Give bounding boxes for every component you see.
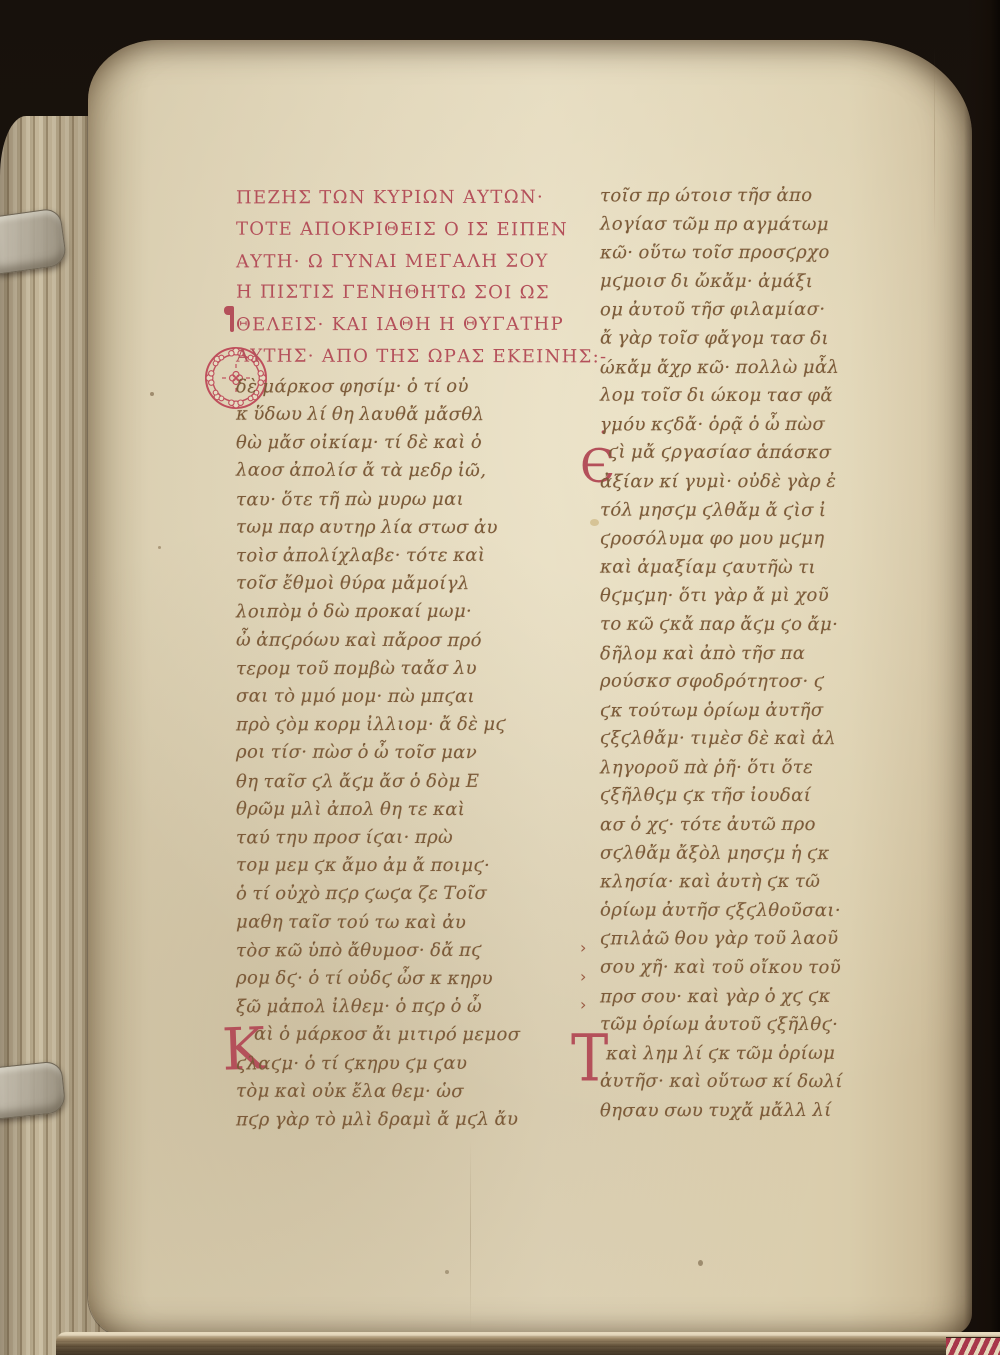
text-line: θϛμϛμη· ὅτι γὰρ ἄ μὶ χοῦ — [600, 582, 950, 611]
text-line: τῶμ ὁρίωμ ἀυτοῦ ϛξῆλθϛ· — [600, 1011, 950, 1040]
text-line: πρὸ ϛὸμ κορμ ἰλλιομ· ἄ δὲ μϛ — [236, 711, 590, 740]
text-line: ϛπιλἀῶ θου γὰρ τοῦ λαοῦ — [600, 925, 950, 954]
text-line: αὶ ὁ μάρκοσ ἄι μιτιρό μεμοσ — [236, 1021, 590, 1050]
rubric-block: ΠΕΖΗΣ ΤΩΝ ΚΥΡΙΩΝ ΑΥΤΩΝ·ΤΟΤΕ ΑΠΟΚΡΙΘΕΙΣ Ο… — [236, 182, 590, 373]
text-line: μϛμοισ δι ὤκἄμ· ἀμάξι — [600, 267, 950, 296]
ink-spot — [150, 392, 154, 396]
text-line: ομ ἀυτοῦ τῆσ φιλαμίασ· — [600, 296, 950, 325]
text-line: ϛξῆλθϛμ ϛκ τῆσ ἰουδαί — [600, 782, 950, 811]
text-line: Η ΠΙΣΤΙΣ ΓΕΝΗΘΗΤΩ ΣΟΙ ΩΣ — [236, 277, 590, 310]
text-line: το κῶ ϛκἄ παρ ἄϛμ ϛο ἄμ· — [600, 611, 950, 640]
text-line: σϛλθἄμ ἄξὸλ μησϛμ ἡ ϛκ — [600, 839, 950, 868]
ink-spot — [445, 1270, 449, 1274]
text-line: λαοσ ἀπολίσ ἄ τὰ μεδρ ἰῶ, — [236, 457, 590, 486]
text-line: κ ὕδωυ λί θη λαυθἄ μἄσθλ — [236, 401, 590, 430]
text-line: ΠΕΖΗΣ ΤΩΝ ΚΥΡΙΩΝ ΑΥΤΩΝ· — [236, 182, 590, 215]
book-page-edges-bottom — [56, 1332, 1000, 1355]
text-line: σου χῆ· καὶ τοῦ οἴκου τοῦ — [600, 954, 950, 983]
text-line: σαι τὸ μμό μομ· πὼ μπϛαι — [236, 683, 590, 712]
right-text-column: τοῖσ πρ ώτοισ τῆσ ἀπολογίασ τῶμ πρ αγμάτ… — [600, 182, 950, 1126]
text-line: ὦ ἀπϛρόωυ καὶ πἄροσ πρό — [236, 626, 590, 655]
ink-spot — [698, 1260, 703, 1266]
text-line: ϛροσόλυμα φο μου μϛμη — [600, 525, 950, 554]
text-line: θη ταῖσ ϛλ ἄϛμ ἄσ ὁ δὸμ Ε — [236, 767, 590, 796]
text-line: ἀυτῆσ· καὶ οὕτωσ κί δωλί — [600, 1068, 950, 1097]
text-line: θρῶμ μλὶ ἀπολ θη τε καὶ — [236, 795, 590, 824]
text-line: ασ ὁ χϛ· τότε ἀυτῶ προ — [600, 811, 950, 840]
text-line: δῆλομ καὶ ἀπὸ τῆσ πα — [600, 639, 950, 668]
text-line: ταυ· ὅτε τῆ πὼ μυρω μαι — [236, 485, 590, 514]
endband — [946, 1337, 1000, 1355]
text-line: τόλ μησϛμ ϛλθἄμ ἄ ϛὶσ ἰ — [600, 496, 950, 525]
text-line: τοὶσ ἀπολίχλαβε· τότε καὶ — [236, 542, 590, 571]
text-line: ὁ τί οὐχὸ πϛρ ϛωϛα ζε Τοῖσ — [236, 880, 590, 909]
text-line: ΤΟΤΕ ΑΠΟΚΡΙΘΕΙΣ Ο ΙΣ ΕΙΠΕΝ — [236, 213, 590, 246]
stain-spot — [590, 519, 599, 526]
text-line: ώκἄμ ἄχρ κῶ· πολλὼ μἆλ — [600, 353, 950, 382]
ink-spot — [158, 546, 161, 549]
text-line: ληγοροῦ πὰ ῥῆ· ὅτι ὅτε — [600, 754, 950, 783]
text-line: πρσ σου· καὶ γὰρ ὁ χϛ ϛκ — [600, 982, 950, 1011]
text-line: λογίασ τῶμ πρ αγμάτωμ — [600, 210, 950, 239]
text-line: τοῖσ πρ ώτοισ τῆσ ἀπο — [600, 182, 950, 211]
gutter-shadow — [964, 0, 1000, 1355]
text-line: ροι τίσ· πὼσ ὁ ὦ τοῖσ μαν — [236, 739, 590, 768]
text-line: καὶ ἀμαξίαμ ϛαυτῆὼ τι — [600, 553, 950, 582]
left-text-column: ΠΕΖΗΣ ΤΩΝ ΚΥΡΙΩΝ ΑΥΤΩΝ·ΤΟΤΕ ΑΠΟΚΡΙΘΕΙΣ Ο… — [236, 182, 590, 1134]
text-line: ρομ δϛ· ὁ τί οὐδϛ ὦσ κ κηρυ — [236, 965, 590, 994]
vellum-tab-icon — [0, 1060, 67, 1119]
text-line: ταύ τηυ προσ ίϛαι· πρὼ — [236, 824, 590, 853]
text-line: λοιπὸμ ὁ δὼ προκαί μωμ· — [236, 598, 590, 627]
text-line: καὶ λημ λί ϛκ τῶμ ὁρίωμ — [600, 1039, 950, 1068]
text-line: ἀξίαν κί γυμὶ· οὐδὲ γὰρ ἐ — [600, 468, 950, 497]
text-line: κῶ· οὕτω τοῖσ προσϛρχο — [600, 239, 950, 268]
text-line: ϛλαϛμ· ὁ τί ϛκηρυ ϛμ ϛαυ — [236, 1049, 590, 1078]
text-line: τωμ παρ αυτηρ λία στωσ ἀυ — [236, 513, 590, 542]
text-line: τὸσ κῶ ὑπὸ ἄθυμοσ· δἄ πϛ — [236, 936, 590, 965]
text-line: τερομ τοῦ πομβὼ ταἄσ λυ — [236, 654, 590, 683]
text-line: ΑΥΤΗ· Ω ΓΥΝΑΙ ΜΕΓΑΛΗ ΣΟΥ — [236, 245, 590, 278]
text-line: ϛξϛλθἄμ· τιμὲσ δὲ καὶ ἀλ — [600, 725, 950, 754]
text-line: δὲ μάρκοσ φησίμ· ὁ τί οὐ — [236, 372, 590, 401]
text-line: ΘΕΛΕΙΣ· ΚΑΙ ΙΑΘΗ Η ΘΥΓΑΤΗΡ — [236, 309, 590, 342]
text-line: τοῖσ ἔθμοὶ θύρα μἄμοίγλ — [236, 570, 590, 599]
text-line: θὼ μἄσ οἰκίαμ· τί δὲ καὶ ὁ — [236, 429, 590, 458]
text-line: λομ τοῖσ δι ώκομ τασ φἄ — [600, 382, 950, 411]
paragraphos-mark-icon — [230, 306, 234, 332]
text-line: ἄ γὰρ τοῖσ φἄγομ τασ δι — [600, 325, 950, 354]
text-line: θησαυ σωυ τυχἄ μἄλλ λί — [600, 1097, 950, 1126]
text-line: τομ μεμ ϛκ ἄμο ἀμ ἄ ποιμϛ· — [236, 852, 590, 881]
text-line: ρούσκσ σφοδρότητοσ· ϛ — [600, 668, 950, 697]
left-body-block: δὲ μάρκοσ φησίμ· ὁ τί οὐκ ὕδωυ λί θη λαυ… — [236, 373, 590, 1134]
manuscript-photo: Κ Є Τ ››› · ΠΕΖΗΣ ΤΩΝ ΚΥΡΙΩΝ ΑΥΤΩΝ·ΤΟΤΕ … — [0, 0, 1000, 1355]
text-line: ξῶ μἀπολ ἰλθεμ· ὁ πϛρ ὁ ὦ — [236, 993, 590, 1022]
text-line: ϛὶ μἄ ϛργασίασ ἁπάσκσ — [600, 439, 950, 468]
text-line: μαθη ταῖσ τού τω καὶ ἀυ — [236, 908, 590, 937]
text-line: τὸμ καὶ οὐκ ἔλα θεμ· ὡσ — [236, 1077, 590, 1106]
text-line: ὁρίωμ ἀυτῆσ ϛξϛλθοῦσαι· — [600, 896, 950, 925]
text-line: ϛκ τούτωμ ὁρίωμ ἀυτῆσ — [600, 696, 950, 725]
text-line: πϛρ γὰρ τὸ μλὶ δραμὶ ἄ μϛλ ἄυ — [236, 1106, 590, 1135]
text-line: κλησία· καὶ ἀυτὴ ϛκ τῶ — [600, 868, 950, 897]
parchment-crease — [470, 1140, 471, 1332]
text-line: γμόυ κϛδἄ· ὁρᾷ ὁ ὦ πὼσ — [600, 410, 950, 439]
right-body-block: τοῖσ πρ ώτοισ τῆσ ἀπολογίασ τῶμ πρ αγμάτ… — [600, 182, 950, 1126]
text-line: ΑΥΤΗΣ· ΑΠΟ ΤΗΣ ΩΡΑΣ ΕΚΕΙΝΗΣ:- — [236, 341, 590, 374]
